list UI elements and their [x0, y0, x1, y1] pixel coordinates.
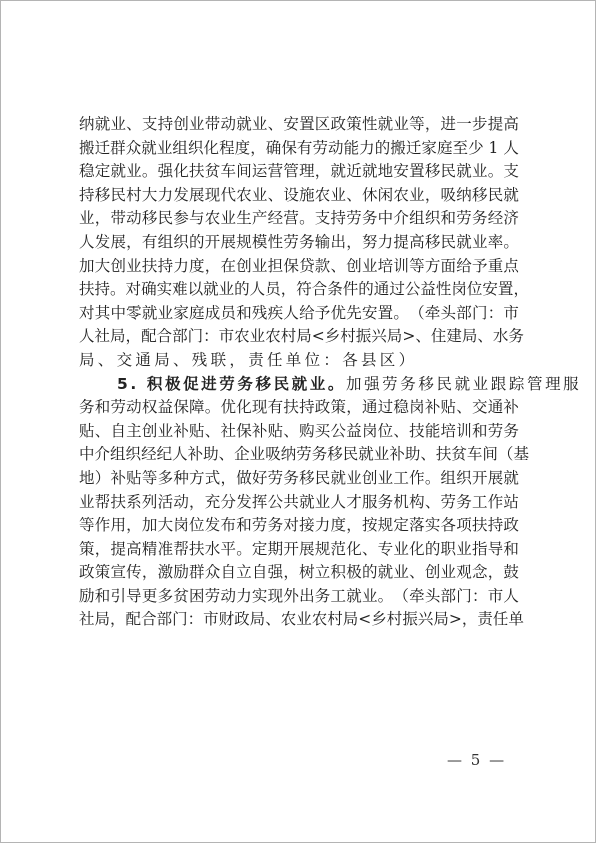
text-line: 政策宣传，激励群众自立自强，树立积极的就业、创业观念，鼓: [79, 561, 519, 585]
text-line: 扶持。对确实难以就业的人员，符合条件的通过公益性岗位安置，: [79, 278, 519, 302]
text-line: 业帮扶系列活动，充分发挥公共就业人才服务机构、劳务工作站: [79, 491, 519, 515]
text-line: 搬迁群众就业组织化程度，确保有劳动能力的搬迁家庭至少 1 人: [79, 137, 519, 161]
text-line: 励和引导更多贫困劳动力实现外出务工就业。（牵头部门：市人: [79, 585, 519, 609]
document-body: 纳就业、支持创业带动就业、安置区政策性就业等，进一步提高 搬迁群众就业组织化程度…: [79, 113, 519, 632]
text-line: 地）补贴等多种方式，做好劳务移民就业创业工作。组织开展就: [79, 467, 519, 491]
text-line: 稳定就业。强化扶贫车间运营管理，就近就地安置移民就业。支: [79, 160, 519, 184]
text-line: 人社局，配合部门：市农业农村局<乡村振兴局>、住建局、水务: [79, 325, 519, 349]
text-line: 局、交通局、残联，责任单位：各县区）: [79, 349, 519, 373]
document-page: 纳就业、支持创业带动就业、安置区政策性就业等，进一步提高 搬迁群众就业组织化程度…: [0, 0, 596, 843]
section-first-line-text: 加强劳务移民就业跟踪管理服: [346, 373, 581, 397]
text-line: 对其中零就业家庭成员和残疾人给予优先安置。（牵头部门：市: [79, 302, 519, 326]
text-line: 中介组织经纪人补助、企业吸纳劳务移民就业补助、扶贫车间（基: [79, 443, 519, 467]
section-heading: 5. 积极促进劳务移民就业。: [117, 373, 346, 397]
text-line: 社局，配合部门：市财政局、农业农村局<乡村振兴局>，责任单: [79, 608, 519, 632]
text-line: 加大创业扶持力度，在创业担保贷款、创业培训等方面给予重点: [79, 255, 519, 279]
text-line: 务和劳动权益保障。优化现有扶持政策，通过稳岗补贴、交通补: [79, 396, 519, 420]
text-line: 纳就业、支持创业带动就业、安置区政策性就业等，进一步提高: [79, 113, 519, 137]
text-line: 贴、自主创业补贴、社保补贴、购买公益岗位、技能培训和劳务: [79, 420, 519, 444]
text-line: 策，提高精准帮扶水平。定期开展规范化、专业化的职业指导和: [79, 538, 519, 562]
text-line: 业，带动移民参与农业生产经营。支持劳务中介组织和劳务经济: [79, 207, 519, 231]
section-heading-line: 5. 积极促进劳务移民就业。加强劳务移民就业跟踪管理服: [79, 373, 519, 397]
text-line: 人发展，有组织的开展规模性劳务输出，努力提高移民就业率。: [79, 231, 519, 255]
text-line: 等作用，加大岗位发布和劳务对接力度，按规定落实各项扶持政: [79, 514, 519, 538]
page-number: — 5 —: [447, 751, 506, 769]
text-line: 持移民村大力发展现代农业、设施农业、休闲农业，吸纳移民就: [79, 184, 519, 208]
